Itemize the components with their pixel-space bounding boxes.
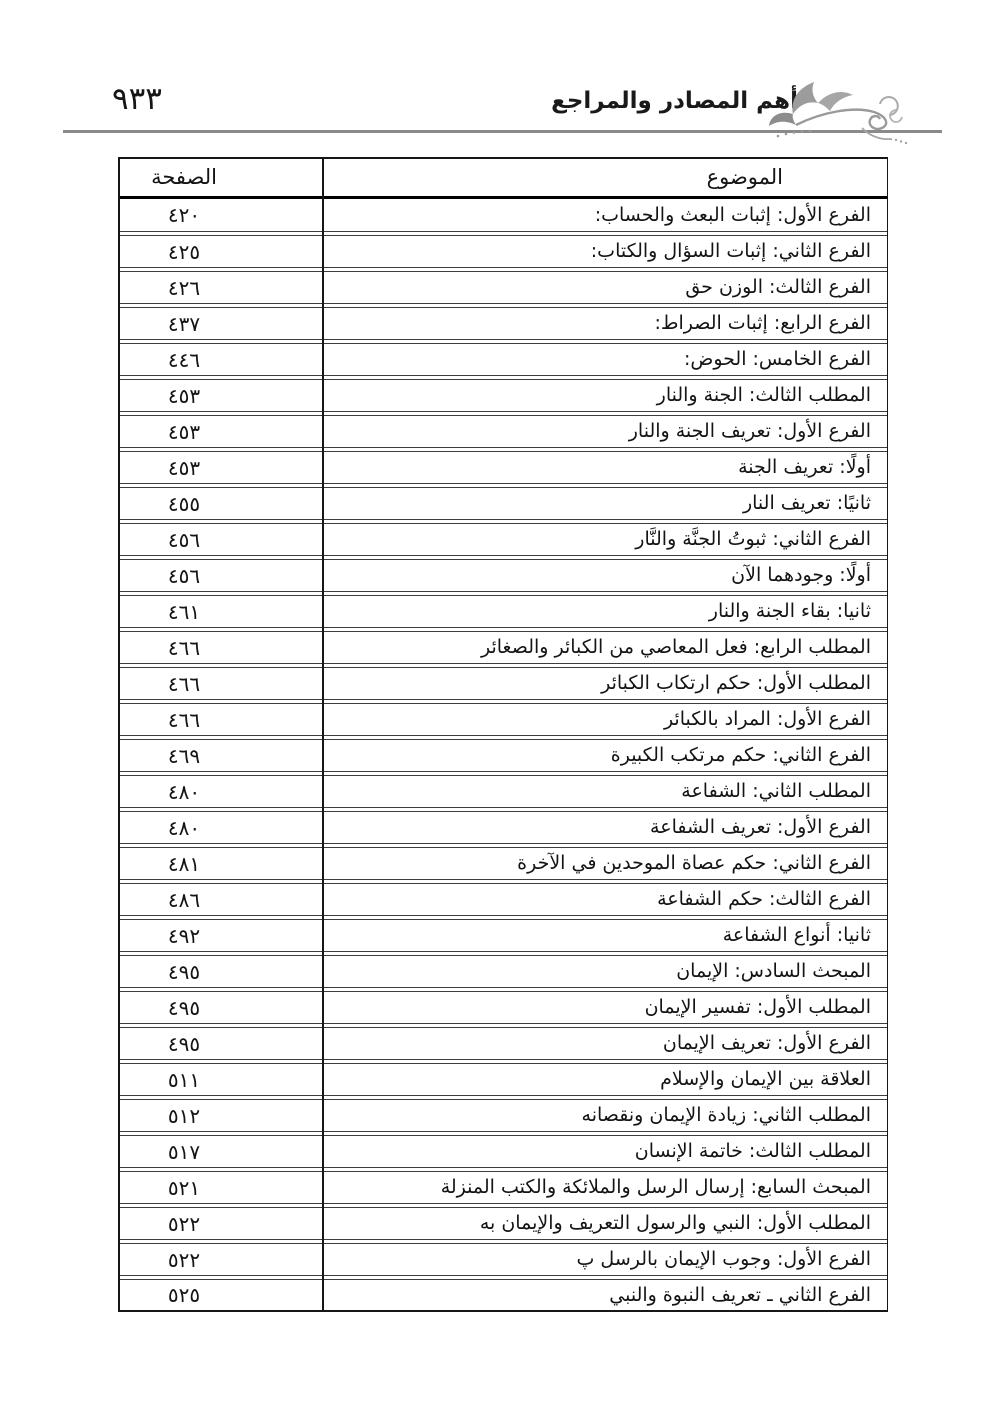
table-body: الفرع الأول: إثبات البعث والحساب: ٤٢٠ ال… <box>118 199 888 1312</box>
page-number-cell: ٤٦٦ <box>118 704 322 735</box>
topic-cell: الفرع الخامس: الحوض: <box>322 344 888 375</box>
page-number-cell: ٤٦٩ <box>118 740 322 771</box>
table-row: ثانيًا: تعريف النار ٤٥٥ <box>118 487 888 520</box>
page-number-value: ٤٩٥ <box>168 960 200 984</box>
topic-cell: المبحث السادس: الإيمان <box>322 956 888 987</box>
table-row: ثانيا: أنواع الشفاعة ٤٩٢ <box>118 919 888 952</box>
page-number-value: ٥٢٥ <box>168 1283 200 1307</box>
table-row: أولًا: تعريف الجنة ٤٥٣ <box>118 451 888 484</box>
table-row: الفرع الثالث: حكم الشفاعة ٤٨٦ <box>118 883 888 916</box>
topic-text: المطلب الرابع: فعل المعاصي من الكبائر وا… <box>481 638 871 657</box>
page-number-value: ٤٥٣ <box>168 384 200 408</box>
table-row: الفرع الثاني: إثبات السؤال والكتاب: ٤٢٥ <box>118 235 888 268</box>
topic-text: المبحث السابع: إرسال الرسل والملائكة وال… <box>441 1178 871 1197</box>
page-number-cell: ٤٩٥ <box>118 956 322 987</box>
page-number-value: ٤٣٧ <box>168 312 200 336</box>
topic-cell: ثانيًا: تعريف النار <box>322 488 888 519</box>
page-number-cell: ٥٢٥ <box>118 1280 322 1310</box>
page-number-cell: ٤٩٥ <box>118 1028 322 1059</box>
topic-cell: الفرع الأول: تعريف الشفاعة <box>322 812 888 843</box>
page-number-cell: ٤٢٦ <box>118 272 322 303</box>
table-row: المطلب الرابع: فعل المعاصي من الكبائر وا… <box>118 631 888 664</box>
page-number-cell: ٤٦٦ <box>118 632 322 663</box>
page-number-value: ٤٩٥ <box>168 1032 200 1056</box>
table-row: المطلب الأول: تفسير الإيمان ٤٩٥ <box>118 991 888 1024</box>
topic-cell: أولًا: وجودهما الآن <box>322 560 888 591</box>
table-row: الفرع الأول: تعريف الجنة والنار ٤٥٣ <box>118 415 888 448</box>
page-number-cell: ٤٥٣ <box>118 416 322 447</box>
contents-table: الموضوع الصفحة الفرع الأول: إثبات البعث … <box>118 157 888 1312</box>
topic-header-cell: الموضوع <box>322 159 888 196</box>
page-number-value: ٤٥٦ <box>168 528 200 552</box>
topic-text: الفرع الثاني: حكم عصاة الموحدين في الآخر… <box>517 854 871 873</box>
page-number-cell: ٤٣٧ <box>118 308 322 339</box>
table-row: المبحث السابع: إرسال الرسل والملائكة وال… <box>118 1171 888 1204</box>
topic-text: المطلب الأول: حكم ارتكاب الكبائر <box>601 674 871 693</box>
table-row: المطلب الأول: النبي والرسول التعريف والإ… <box>118 1207 888 1240</box>
topic-text: الفرع الثاني: إثبات السؤال والكتاب: <box>591 242 871 261</box>
page-number-cell: ٤٨٦ <box>118 884 322 915</box>
table-row: الفرع الأول: وجوب الإيمان بالرسل پ ٥٢٢ <box>118 1243 888 1276</box>
topic-text: المطلب الأول: النبي والرسول التعريف والإ… <box>480 1214 871 1233</box>
page-number-value: ٤٢٦ <box>168 276 200 300</box>
page-number-cell: ٥٢٢ <box>118 1208 322 1239</box>
page-number-cell: ٤٥٦ <box>118 524 322 555</box>
topic-cell: الفرع الرابع: إثبات الصراط: <box>322 308 888 339</box>
page-number-value: ٤٦١ <box>168 600 200 624</box>
page-number-value: ٥٢٢ <box>168 1248 200 1272</box>
topic-cell: المطلب الثاني: زيادة الإيمان ونقصانه <box>322 1100 888 1131</box>
page-number-value: ٥٢١ <box>168 1176 200 1200</box>
topic-text: أولًا: وجودهما الآن <box>731 566 871 585</box>
topic-text: الفرع الثالث: الوزن حق <box>685 278 871 297</box>
topic-text: الفرع الأول: تعريف الشفاعة <box>650 818 871 837</box>
page-number-value: ٤٦٦ <box>168 708 200 732</box>
topic-cell: الفرع الأول: المراد بالكبائر <box>322 704 888 735</box>
page-number-cell: ٤٨١ <box>118 848 322 879</box>
topic-text: المطلب الأول: تفسير الإيمان <box>645 998 871 1017</box>
table-row: الفرع الثاني: ثبوتُ الجنَّة والنَّار ٤٥٦ <box>118 523 888 556</box>
topic-cell: الفرع الأول: تعريف الجنة والنار <box>322 416 888 447</box>
topic-text: الفرع الأول: تعريف الجنة والنار <box>629 422 871 441</box>
book-page: { "page": { "number": "٩٣٣", "header_tit… <box>0 0 1004 1418</box>
page-number-value: ٥١١ <box>168 1068 200 1092</box>
page-number-value: ٤٨٠ <box>168 780 200 804</box>
topic-cell: المطلب الأول: حكم ارتكاب الكبائر <box>322 668 888 699</box>
table-row: المطلب الثاني: زيادة الإيمان ونقصانه ٥١٢ <box>118 1099 888 1132</box>
topic-column-header: الموضوع <box>707 167 783 188</box>
topic-cell: المطلب الأول: النبي والرسول التعريف والإ… <box>322 1208 888 1239</box>
page-number-value: ٤٤٦ <box>168 348 200 372</box>
topic-cell: المبحث السابع: إرسال الرسل والملائكة وال… <box>322 1172 888 1203</box>
topic-text: الفرع الأول: تعريف الإيمان <box>663 1034 871 1053</box>
topic-text: الفرع الخامس: الحوض: <box>684 350 871 369</box>
topic-text: أولًا: تعريف الجنة <box>738 458 871 477</box>
table-row: الفرع الثاني: حكم عصاة الموحدين في الآخر… <box>118 847 888 880</box>
page-number-cell: ٤٢٥ <box>118 236 322 267</box>
page-number-cell: ٤٢٠ <box>118 199 322 231</box>
table-row: الفرع الثالث: الوزن حق ٤٢٦ <box>118 271 888 304</box>
table-row: العلاقة بين الإيمان والإسلام ٥١١ <box>118 1063 888 1096</box>
page-number-cell: ٤٤٦ <box>118 344 322 375</box>
page-number-cell: ٥١٢ <box>118 1100 322 1131</box>
topic-text: ثانيًا: تعريف النار <box>743 494 871 513</box>
page-number-cell: ٤٩٢ <box>118 920 322 951</box>
topic-cell: المطلب الثاني: الشفاعة <box>322 776 888 807</box>
topic-cell: الفرع الثاني: ثبوتُ الجنَّة والنَّار <box>322 524 888 555</box>
topic-text: العلاقة بين الإيمان والإسلام <box>660 1070 871 1089</box>
topic-cell: العلاقة بين الإيمان والإسلام <box>322 1064 888 1095</box>
topic-text: المطلب الثالث: الجنة والنار <box>657 386 871 405</box>
topic-cell: الفرع الثالث: حكم الشفاعة <box>322 884 888 915</box>
topic-text: الفرع الرابع: إثبات الصراط: <box>654 314 871 333</box>
topic-cell: الفرع الثالث: الوزن حق <box>322 272 888 303</box>
page-header-cell: الصفحة <box>118 159 322 196</box>
table-row: الفرع الثاني: حكم مرتكب الكبيرة ٤٦٩ <box>118 739 888 772</box>
page-number-cell: ٤٨٠ <box>118 776 322 807</box>
topic-cell: الفرع الأول: تعريف الإيمان <box>322 1028 888 1059</box>
page-number-value: ٤٥٣ <box>168 420 200 444</box>
table-border-right <box>887 157 889 1312</box>
table-row: الفرع الرابع: إثبات الصراط: ٤٣٧ <box>118 307 888 340</box>
page-number-value: ٤٥٥ <box>168 492 200 516</box>
page-number-value: ٤٨٦ <box>168 888 200 912</box>
topic-cell: المطلب الثالث: خاتمة الإنسان <box>322 1136 888 1167</box>
topic-text: ثانيا: أنواع الشفاعة <box>723 926 871 945</box>
table-row: الفرع الأول: المراد بالكبائر ٤٦٦ <box>118 703 888 736</box>
topic-cell: ثانيا: بقاء الجنة والنار <box>322 596 888 627</box>
topic-cell: المطلب الرابع: فعل المعاصي من الكبائر وا… <box>322 632 888 663</box>
page-number-cell: ٤٨٠ <box>118 812 322 843</box>
table-row: المطلب الثالث: الجنة والنار ٤٥٣ <box>118 379 888 412</box>
page-number-cell: ٥١١ <box>118 1064 322 1095</box>
page-number-value: ٤٥٣ <box>168 456 200 480</box>
topic-text: المطلب الثالث: خاتمة الإنسان <box>635 1142 871 1161</box>
page-number-value: ٤٩٢ <box>168 924 200 948</box>
table-row: الفرع الأول: تعريف الشفاعة ٤٨٠ <box>118 811 888 844</box>
page-number-cell: ٥١٧ <box>118 1136 322 1167</box>
page-number-value: ٤٨٠ <box>168 816 200 840</box>
topic-cell: الفرع الأول: إثبات البعث والحساب: <box>322 199 888 231</box>
floral-ornament-icon <box>762 76 922 152</box>
column-divider <box>322 157 324 1312</box>
page-number-cell: ٤٥٥ <box>118 488 322 519</box>
table-row: الفرع الأول: تعريف الإيمان ٤٩٥ <box>118 1027 888 1060</box>
topic-cell: أولًا: تعريف الجنة <box>322 452 888 483</box>
topic-text: الفرع الأول: المراد بالكبائر <box>664 710 871 729</box>
table-row: المبحث السادس: الإيمان ٤٩٥ <box>118 955 888 988</box>
topic-text: الفرع الثاني ـ تعريف النبوة والنبي <box>609 1286 871 1305</box>
table-row: أولًا: وجودهما الآن ٤٥٦ <box>118 559 888 592</box>
table-row: المطلب الثاني: الشفاعة ٤٨٠ <box>118 775 888 808</box>
topic-cell: ثانيا: أنواع الشفاعة <box>322 920 888 951</box>
topic-text: الفرع الثاني: ثبوتُ الجنَّة والنَّار <box>635 530 871 549</box>
topic-text: المطلب الثاني: الشفاعة <box>681 782 871 801</box>
topic-text: الفرع الثاني: حكم مرتكب الكبيرة <box>611 746 871 765</box>
page-number-value: ٤٦٦ <box>168 636 200 660</box>
topic-cell: الفرع الثاني: حكم عصاة الموحدين في الآخر… <box>322 848 888 879</box>
page-number-value: ٤٦٩ <box>168 744 200 768</box>
page-title: أهم المصادر والمراجع <box>551 88 798 114</box>
table-row: المطلب الثالث: خاتمة الإنسان ٥١٧ <box>118 1135 888 1168</box>
topic-text: الفرع الثالث: حكم الشفاعة <box>657 890 871 909</box>
page-number-cell: ٥٢١ <box>118 1172 322 1203</box>
topic-text: المطلب الثاني: زيادة الإيمان ونقصانه <box>582 1106 871 1125</box>
page-number: ٩٣٣ <box>112 84 162 115</box>
table-row: الفرع الخامس: الحوض: ٤٤٦ <box>118 343 888 376</box>
topic-text: الفرع الأول: وجوب الإيمان بالرسل پ <box>577 1250 872 1269</box>
topic-cell: المطلب الأول: تفسير الإيمان <box>322 992 888 1023</box>
page-number-cell: ٤٩٥ <box>118 992 322 1023</box>
table-header-row: الموضوع الصفحة <box>118 157 888 199</box>
page-number-value: ٤٥٦ <box>168 564 200 588</box>
topic-text: الفرع الأول: إثبات البعث والحساب: <box>595 206 871 225</box>
page-number-cell: ٤٦١ <box>118 596 322 627</box>
topic-text: المبحث السادس: الإيمان <box>676 962 871 981</box>
topic-cell: الفرع الثاني: حكم مرتكب الكبيرة <box>322 740 888 771</box>
page-number-value: ٥٢٢ <box>168 1212 200 1236</box>
page-number-value: ٤٢٠ <box>168 203 200 227</box>
page-number-cell: ٤٥٦ <box>118 560 322 591</box>
table-row: المطلب الأول: حكم ارتكاب الكبائر ٤٦٦ <box>118 667 888 700</box>
table-row: الفرع الأول: إثبات البعث والحساب: ٤٢٠ <box>118 199 888 232</box>
page-number-value: ٤٩٥ <box>168 996 200 1020</box>
page-column-header: الصفحة <box>151 167 217 188</box>
page-number-cell: ٤٦٦ <box>118 668 322 699</box>
topic-cell: الفرع الثاني: إثبات السؤال والكتاب: <box>322 236 888 267</box>
page-number-value: ٤٨١ <box>168 852 200 876</box>
topic-cell: الفرع الأول: وجوب الإيمان بالرسل پ <box>322 1244 888 1275</box>
topic-cell: المطلب الثالث: الجنة والنار <box>322 380 888 411</box>
page-number-cell: ٥٢٢ <box>118 1244 322 1275</box>
table-border-left <box>118 157 120 1312</box>
topic-text: ثانيا: بقاء الجنة والنار <box>709 602 871 621</box>
page-number-cell: ٤٥٣ <box>118 380 322 411</box>
table-row: الفرع الثاني ـ تعريف النبوة والنبي ٥٢٥ <box>118 1279 888 1312</box>
page-number-value: ٤٦٦ <box>168 672 200 696</box>
page-number-value: ٥١٢ <box>168 1104 200 1128</box>
page-number-cell: ٤٥٣ <box>118 452 322 483</box>
page-number-value: ٤٢٥ <box>168 240 200 264</box>
topic-cell: الفرع الثاني ـ تعريف النبوة والنبي <box>322 1280 888 1310</box>
table-row: ثانيا: بقاء الجنة والنار ٤٦١ <box>118 595 888 628</box>
page-number-value: ٥١٧ <box>168 1140 200 1164</box>
